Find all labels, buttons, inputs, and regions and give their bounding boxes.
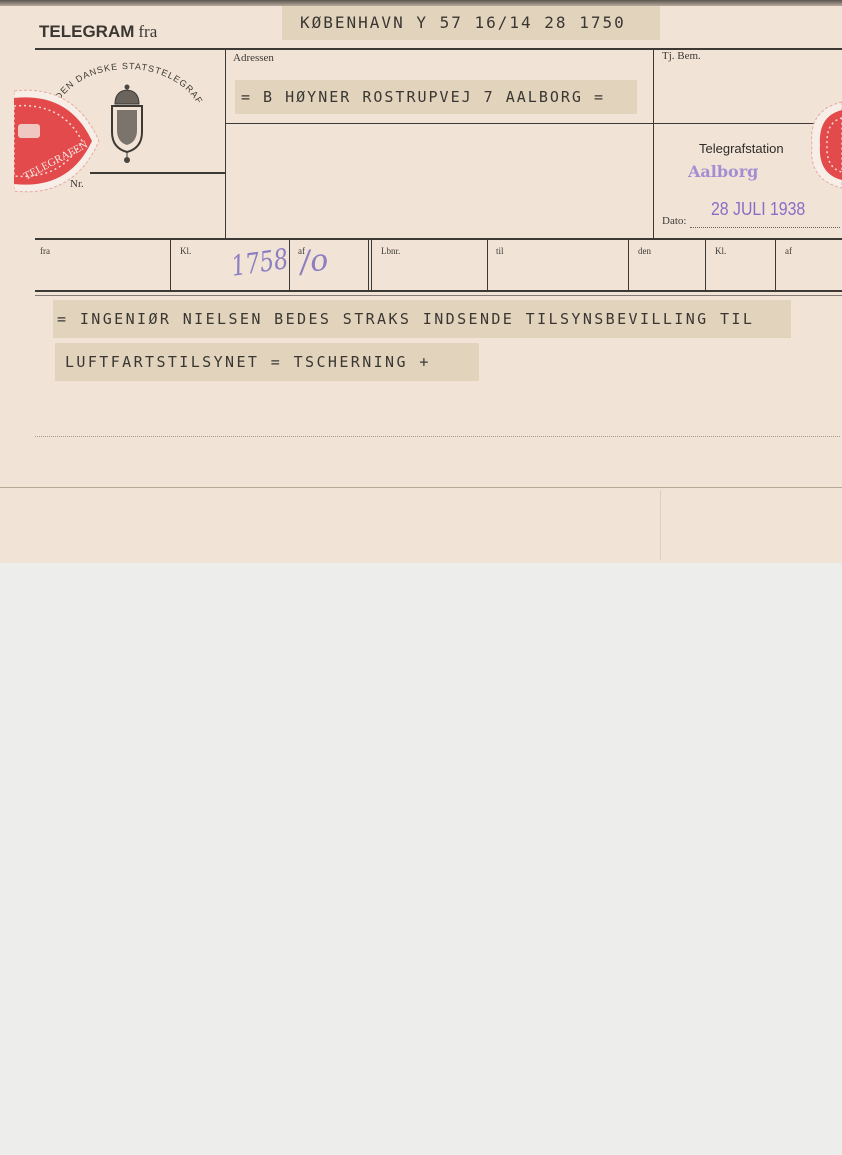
fields-bottom-rule — [35, 290, 842, 292]
fields-top-rule — [35, 238, 842, 240]
address-text[interactable]: = B HØYNER ROSTRUPVEJ 7 AALBORG = — [241, 88, 605, 106]
message-text-line-2[interactable]: LUFTFARTSTILSYNET = TSCHERNING + — [65, 353, 431, 371]
station-stamp: Aalborg — [688, 162, 758, 181]
nr-label: Nr. — [70, 178, 84, 190]
fields-bottom-rule-2 — [35, 295, 842, 296]
message-dotted-line — [35, 436, 840, 437]
date-stamp: 28 JULI 1938 — [711, 199, 805, 220]
message-text-line-1[interactable]: = INGENIØR NIELSEN BEDES STRAKS INDSENDE… — [57, 310, 754, 328]
field-label-den: den — [638, 246, 651, 256]
handwritten-initial: /o — [298, 243, 330, 281]
divider — [368, 240, 369, 290]
address-label: Adressen — [233, 52, 274, 64]
address-left-border — [225, 48, 226, 238]
tj-bem-label: Tj. Bem. — [662, 50, 701, 62]
right-panel-border — [653, 48, 654, 238]
field-label-kl-2: Kl. — [715, 246, 726, 256]
field-label-kl: Kl. — [180, 246, 191, 256]
handwritten-time: 1758 — [229, 242, 290, 283]
divider — [371, 240, 372, 290]
field-label-af-2: af — [785, 246, 792, 256]
dato-label: Dato: — [662, 215, 686, 227]
divider — [628, 240, 629, 290]
origin-tape-strip: KØBENHAVN Y 57 16/14 28 1750 — [282, 6, 660, 40]
divider — [487, 240, 488, 290]
divider — [289, 240, 290, 290]
address-tape-strip: = B HØYNER ROSTRUPVEJ 7 AALBORG = — [235, 80, 637, 114]
origin-text: KØBENHAVN Y 57 16/14 28 1750 — [300, 13, 626, 32]
divider — [170, 240, 171, 290]
title-suffix: fra — [138, 22, 157, 41]
fold-crease — [660, 490, 661, 560]
date-dotted-line — [690, 227, 840, 228]
field-label-fra: fra — [40, 246, 50, 256]
crown-shield-emblem-icon — [106, 82, 148, 164]
message-tape-line-2: LUFTFARTSTILSYNET = TSCHERNING + — [55, 343, 479, 381]
paper-fold — [0, 487, 842, 488]
title-text: TELEGRAM — [39, 22, 134, 41]
field-label-til: til — [496, 246, 504, 256]
telegrafstation-label: Telegrafstation — [699, 141, 784, 156]
address-midline — [225, 123, 653, 124]
telegrafen-seal-icon: TELEGRAFEN — [14, 86, 104, 196]
telegram-form: TELEGRAMfra KØBENHAVN Y 57 16/14 28 1750… — [0, 0, 842, 563]
emblem-bottom-rule — [90, 172, 225, 174]
right-seal-icon — [808, 100, 842, 190]
field-label-lbnr: Lbnr. — [381, 246, 400, 256]
form-title: TELEGRAMfra — [39, 22, 157, 42]
divider — [705, 240, 706, 290]
message-tape-line-1: = INGENIØR NIELSEN BEDES STRAKS INDSENDE… — [53, 300, 791, 338]
divider — [775, 240, 776, 290]
